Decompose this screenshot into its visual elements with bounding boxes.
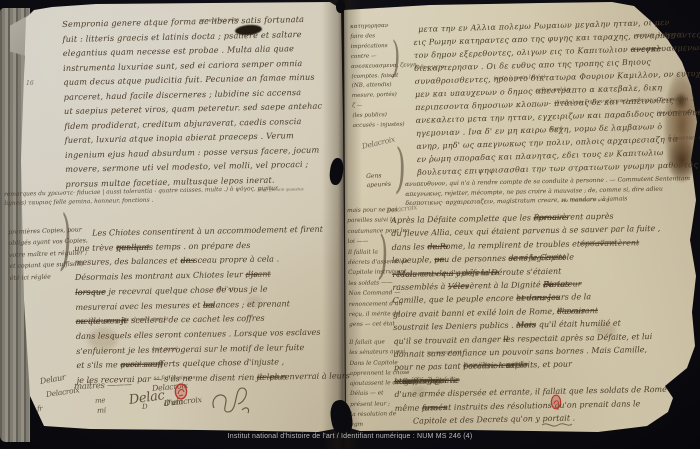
closing-flourish — [540, 420, 574, 430]
maitres-word: maîtres ——— — [74, 380, 132, 392]
brace-mark: ) — [390, 32, 401, 83]
french-translation-right: Après la Défaite complette que les Romai… — [391, 208, 697, 428]
greek-text-block: μετα την εν Αλλια πολεμω Ρωμαιων μεγαλην… — [413, 15, 700, 179]
french-translation-left: Les Chiotes consentirent à un accommodem… — [74, 221, 343, 387]
margin-gloss: Gensapeurés — [366, 171, 407, 190]
manuscript-line: accusés - injustes) — [353, 120, 419, 132]
signature: mi — [97, 405, 107, 415]
red-ink-stamp — [174, 383, 188, 400]
red-ink-stamp — [550, 394, 562, 410]
signature: me — [95, 396, 106, 405]
greek-vocabulary-notes: ανυπευθυνον, qui n'a à rendre compte de … — [405, 174, 698, 209]
page-number: 15 — [666, 32, 676, 41]
right-margin-notes-top: κατηγορησανfaire desimprécationscontre —… — [350, 21, 419, 132]
signature: D — [142, 403, 148, 411]
caption-text: Institut national d'histoire de l'art / … — [228, 433, 473, 440]
paraph-flourish — [208, 382, 252, 416]
torn-notch — [336, 0, 345, 13]
latin-text-block: Sempronia genere atque forma praeterea v… — [62, 11, 346, 191]
folio-mark: 16 — [26, 80, 34, 87]
signature: fr — [37, 404, 43, 413]
manuscript-scan: Sempronia genere atque forma praeterea v… — [0, 0, 700, 449]
